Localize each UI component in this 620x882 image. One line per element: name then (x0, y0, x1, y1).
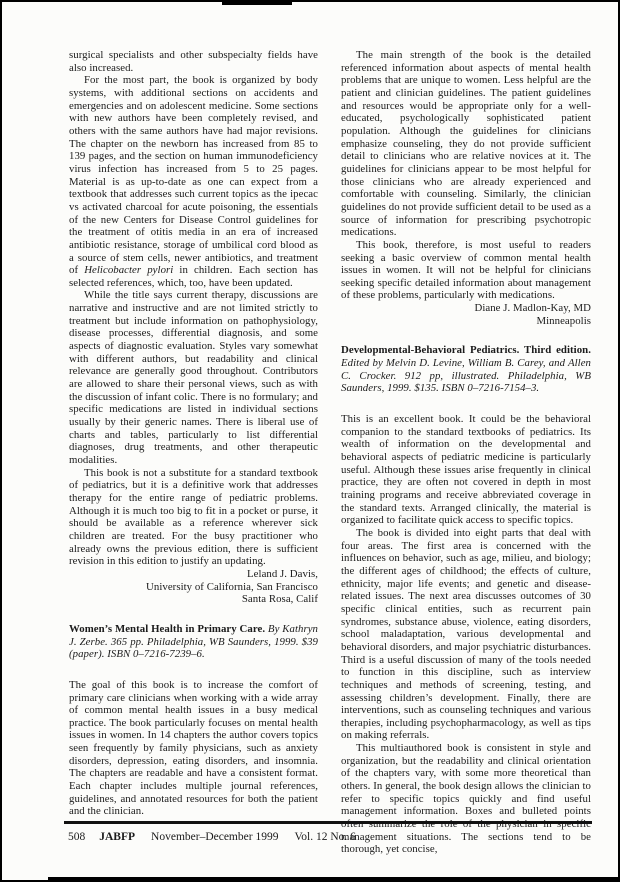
issue-date: November–December 1999 (151, 831, 278, 843)
reviewer-location: Santa Rosa, Calif (69, 593, 318, 606)
reviewer-name: Leland J. Davis, (69, 568, 318, 581)
pediatrics-therapy-paragraph: While the title says current therapy, di… (69, 289, 318, 466)
footer: 508JABFPNovember–December 1999Vol. 12 No… (68, 831, 356, 843)
womens-health-strength-paragraph: The main strength of the book is the det… (341, 49, 591, 239)
volume-number: Vol. 12 No. 6 (294, 831, 355, 843)
scan-edge-bottom (48, 877, 620, 882)
book-review-heading: Women’s Mental Health in Primary Care. B… (69, 623, 318, 661)
left-column: surgical specialists and other subspecia… (69, 49, 318, 818)
reviewer-affiliation: University of California, San Francisco (69, 581, 318, 594)
pediatrics-conclusion-paragraph: This book is not a substitute for a stan… (69, 467, 318, 568)
reviewer-signature-block: Leland J. Davis, University of Californi… (69, 568, 318, 606)
page-number: 508 (68, 831, 85, 843)
womens-health-overview-paragraph: This book, therefore, is most useful to … (341, 239, 591, 302)
womens-health-goal-paragraph: The goal of this book is to increase the… (69, 679, 318, 818)
developmental-parts-paragraph: The book is divided into eight parts tha… (341, 527, 591, 742)
book-review-heading: Developmental-Behavioral Pediatrics. Thi… (341, 344, 591, 395)
book-citation: Edited by Melvin D. Levine, William B. C… (341, 357, 591, 394)
book-title: Women’s Mental Health in Primary Care. (69, 623, 265, 635)
journal-abbreviation: JABFP (99, 831, 135, 843)
developmental-style-paragraph: This multiauthored book is consistent in… (341, 742, 591, 856)
developmental-excellent-paragraph: This is an excellent book. It could be t… (341, 413, 591, 527)
book-title: Developmental-Behavioral Pediatrics. Thi… (341, 344, 591, 356)
scan-edge-top (0, 0, 620, 2)
footer-rule (64, 821, 592, 824)
right-column: The main strength of the book is the det… (341, 49, 591, 856)
scan-edge-top-blob (222, 0, 292, 5)
species-name-italic: Helicobacter pylori (84, 264, 173, 276)
reviewer-name: Diane J. Madlon-Kay, MD (341, 302, 591, 315)
pediatrics-organization-paragraph: For the most part, the book is organized… (69, 74, 318, 289)
journal-page: surgical specialists and other subspecia… (0, 0, 620, 882)
reviewer-location: Minneapolis (341, 315, 591, 328)
reviewer-signature-block: Diane J. Madlon-Kay, MD Minneapolis (341, 302, 591, 327)
scan-edge-left (0, 0, 2, 882)
continuation-paragraph: surgical specialists and other subspecia… (69, 49, 318, 74)
paragraph-text: For the most part, the book is organized… (69, 74, 318, 276)
